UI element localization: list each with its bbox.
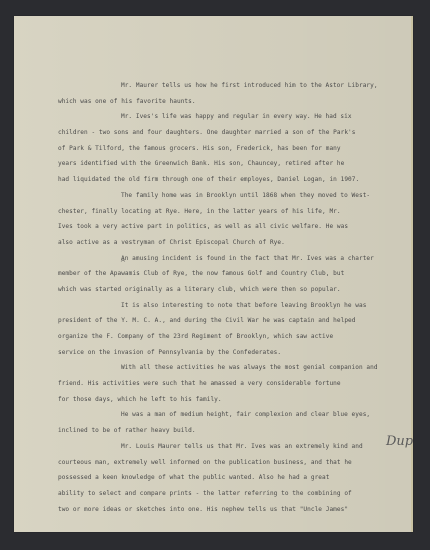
text-line: service on the invasion of Pennsylvania … (58, 347, 388, 363)
text-line: Mr. Louis Maurer tells us that Mr. Ives … (58, 441, 388, 457)
handwritten-margin-note: Dup (386, 434, 413, 449)
text-line: of Park & Tilford, the famous grocers. H… (58, 143, 388, 159)
text-line: friend. His activities were such that he… (58, 378, 388, 394)
text-line: inclined to be of rather heavy build. (58, 425, 388, 441)
text-line: chester, finally locating at Rye. Here, … (58, 206, 388, 222)
text-line: which was one of his favorite haunts. (58, 96, 388, 112)
text-line: children - two sons and four daughters. … (58, 127, 388, 143)
text-line: The family home was in Brooklyn until 18… (58, 190, 388, 206)
typewritten-text: Mr. Maurer tells us how he first introdu… (58, 80, 388, 519)
text-line: for those days, which he left to his fam… (58, 394, 388, 410)
text-line: courteous man, extremely well informed o… (58, 457, 388, 473)
page-edge (411, 16, 413, 532)
text-line: It is also interesting to note that befo… (58, 300, 388, 316)
handwritten-caret-mark: ^ (120, 259, 126, 267)
text-line: years identified with the Greenwich Bank… (58, 158, 388, 174)
text-line: also active as a vestryman of Christ Epi… (58, 237, 388, 253)
text-line: had liquidated the old firm through one … (58, 174, 388, 190)
text-line: Ives took a very active part in politics… (58, 221, 388, 237)
text-line: Mr. Ives's life was happy and regular in… (58, 111, 388, 127)
text-line: member of the Apawamis Club of Rye, the … (58, 268, 388, 284)
text-line: president of the Y. M. C. A., and during… (58, 315, 388, 331)
text-line: possessed a keen knowledge of what the p… (58, 472, 388, 488)
text-line: He was a man of medium height, fair comp… (58, 409, 388, 425)
text-line: two or more ideas or sketches into one. … (58, 504, 388, 520)
text-line: An amusing incident is found in the fact… (58, 253, 388, 269)
text-line: Mr. Maurer tells us how he first introdu… (58, 80, 388, 96)
text-line: With all these activities he was always … (58, 362, 388, 378)
text-line: ability to select and compare prints - t… (58, 488, 388, 504)
text-line: which was started originally as a litera… (58, 284, 388, 300)
text-line: organize the F. Company of the 23rd Regi… (58, 331, 388, 347)
